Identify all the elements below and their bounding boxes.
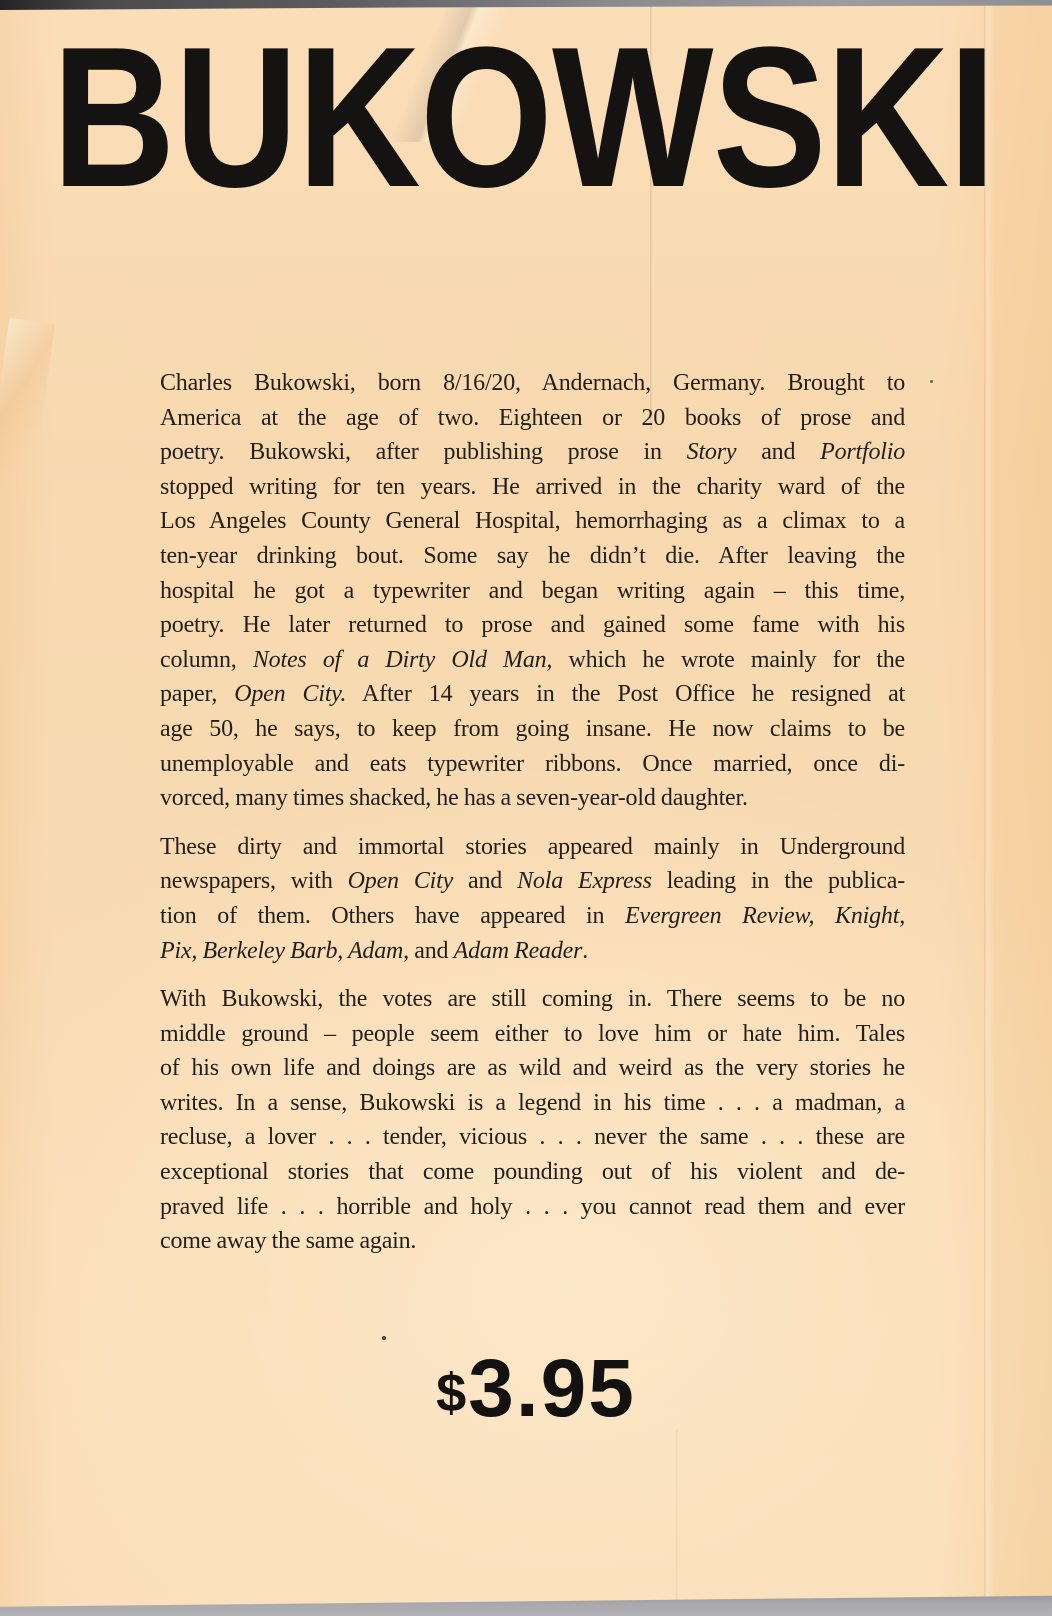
text-line: stopped writing for ten years. He arrive… xyxy=(160,470,905,505)
price: $3.95 xyxy=(10,1348,1052,1430)
text-line: praved life . . . horrible and holy . . … xyxy=(160,1190,905,1225)
scanned-book-back-cover: BUKOWSKI Charles Bukowski, born 8/16/20,… xyxy=(0,0,1052,1616)
text-line: middle ground – people seem either to lo… xyxy=(160,1017,905,1052)
text-line: newspapers, with Open City and Nola Expr… xyxy=(160,864,905,899)
text-line: tion of them. Others have appeared in Ev… xyxy=(160,899,905,934)
text-line: With Bukowski, the votes are still comin… xyxy=(160,982,905,1017)
text-line: poetry. He later returned to prose and g… xyxy=(160,608,905,643)
text-line: poetry. Bukowski, after publishing prose… xyxy=(160,435,905,470)
book-title: BUKOWSKI xyxy=(52,18,995,218)
paper-crease xyxy=(676,1430,679,1616)
text-line: recluse, a lover . . . tender, vicious .… xyxy=(160,1120,905,1155)
paragraph: Charles Bukowski, born 8/16/20, Andernac… xyxy=(160,366,905,816)
paper-crease xyxy=(0,318,55,542)
paper-background: BUKOWSKI Charles Bukowski, born 8/16/20,… xyxy=(0,0,1052,1616)
paragraph: With Bukowski, the votes are still comin… xyxy=(160,982,905,1259)
text-line: hospital he got a typewriter and began w… xyxy=(160,574,905,609)
text-line: age 50, he says, to keep from going insa… xyxy=(160,712,905,747)
blurb: Charles Bukowski, born 8/16/20, Andernac… xyxy=(160,366,905,1259)
paper-speck xyxy=(930,380,933,383)
text-line: paper, Open City. After 14 years in the … xyxy=(160,677,905,712)
text-line: writes. In a sense, Bukowski is a legend… xyxy=(160,1086,905,1121)
text-line: come away the same again. xyxy=(160,1224,905,1259)
text-line: These dirty and immortal stories appeare… xyxy=(160,830,905,865)
text-line: America at the age of two. Eighteen or 2… xyxy=(160,401,905,436)
paper-speck xyxy=(382,1336,386,1340)
text-line: vorced, many times shacked, he has a sev… xyxy=(160,781,905,816)
text-line: ten-year drinking bout. Some say he didn… xyxy=(160,539,905,574)
text-line: Charles Bukowski, born 8/16/20, Andernac… xyxy=(160,366,905,401)
text-line: exceptional stories that come pounding o… xyxy=(160,1155,905,1190)
price-amount: 3.95 xyxy=(468,1343,636,1434)
text-line: Los Angeles County General Hospital, hem… xyxy=(160,504,905,539)
text-line: column, Notes of a Dirty Old Man, which … xyxy=(160,643,905,678)
text-line: Pix, Berkeley Barb, Adam, and Adam Reade… xyxy=(160,934,905,969)
text-line: of his own life and doings are as wild a… xyxy=(160,1051,905,1086)
paragraph: These dirty and immortal stories appeare… xyxy=(160,830,905,968)
text-line: unemployable and eats typewriter ribbons… xyxy=(160,747,905,782)
dollar-sign: $ xyxy=(436,1363,466,1423)
